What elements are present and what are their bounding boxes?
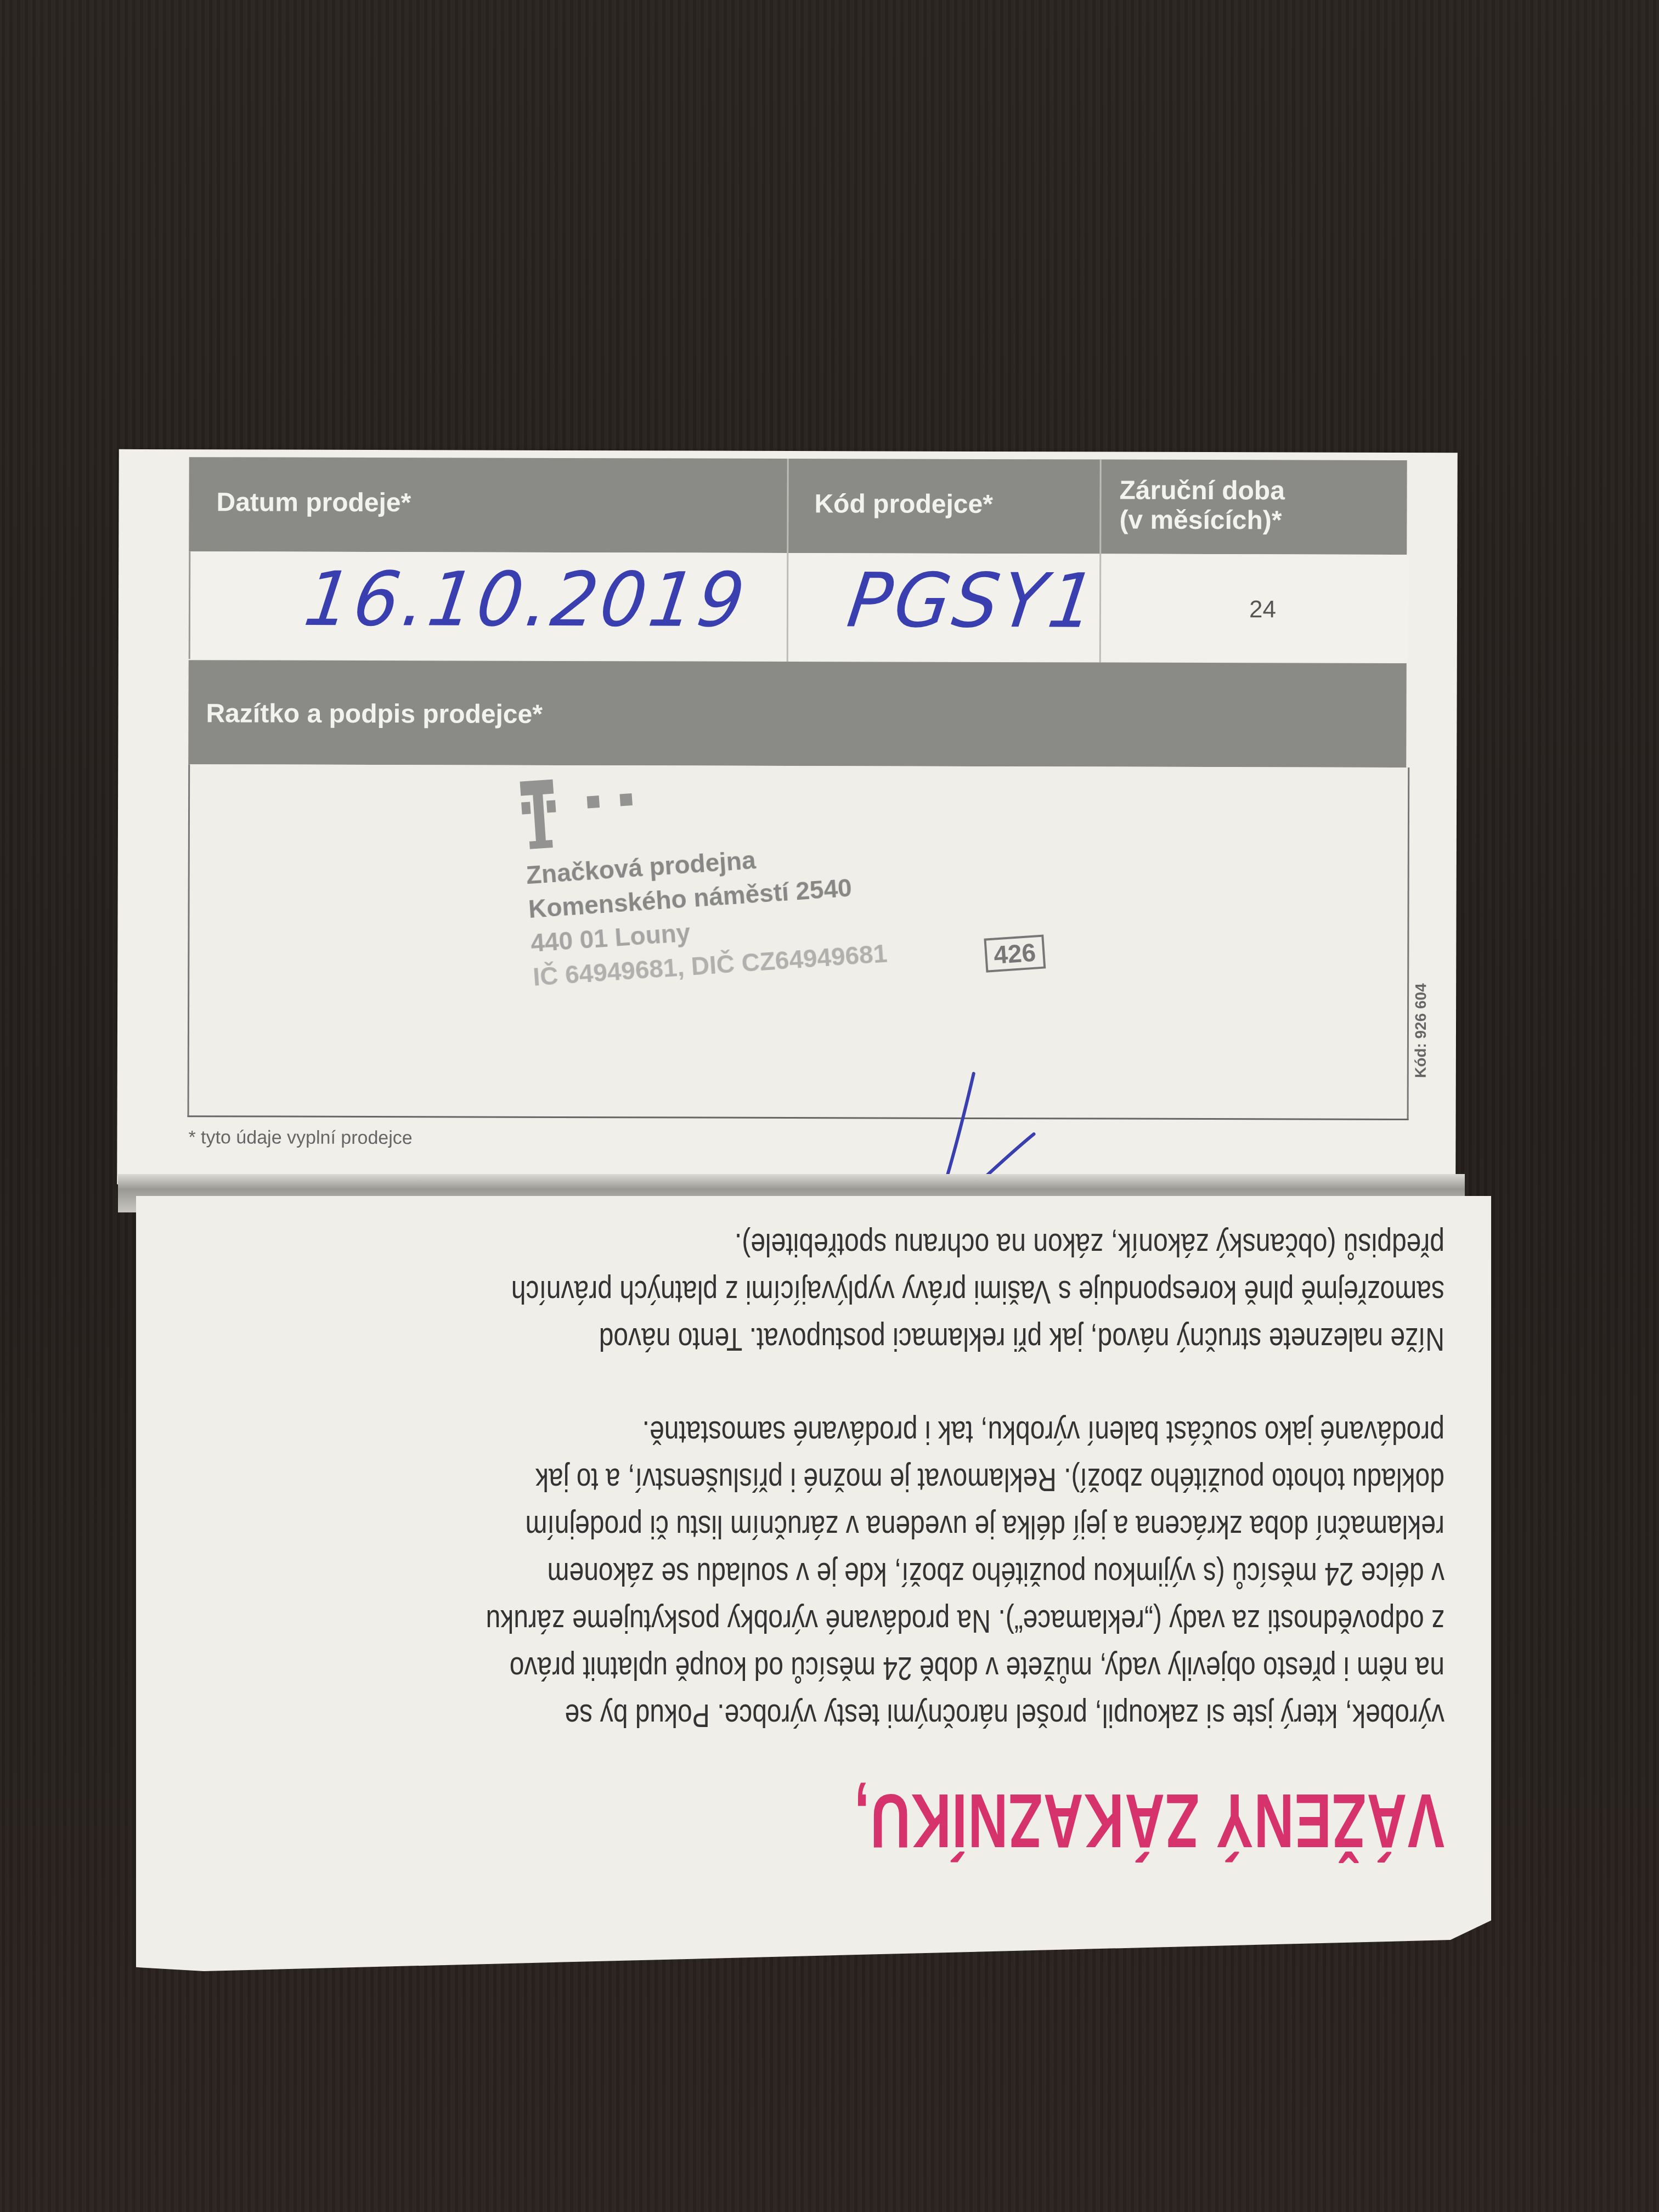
header-sale-date: Datum prodeje* xyxy=(189,457,787,553)
seller-code-value: PGSY1 xyxy=(843,557,1104,645)
warranty-form-card: Datum prodeje* Kód prodejce* Záruční dob… xyxy=(117,449,1457,1188)
letter-greeting: VÁŽENÝ ZÁKAZNÍKU, xyxy=(854,1776,1444,1865)
warranty-form-table: Datum prodeje* Kód prodejce* Záruční dob… xyxy=(189,457,1407,460)
upside-down-content: VÁŽENÝ ZÁKAZNÍKU, výrobek, který jste si… xyxy=(136,1196,1491,1975)
sale-date-value: 16.10.2019 xyxy=(300,555,753,644)
letter-body: výrobek, který jste si zakoupil, prošel … xyxy=(479,1175,1444,1739)
form-header-row: Datum prodeje* Kód prodejce* Záruční dob… xyxy=(189,457,1407,555)
telekom-t-logo-icon xyxy=(519,760,689,853)
header-seller-code: Kód prodejce* xyxy=(787,459,1099,554)
customer-letter-panel: VÁŽENÝ ZÁKAZNÍKU, výrobek, který jste si… xyxy=(136,1196,1491,1975)
footnote: * tyto údaje vyplní prodejce xyxy=(188,1127,412,1149)
stamp-code-box: 426 xyxy=(984,935,1046,973)
letter-paragraph-1: výrobek, který jste si zakoupil, prošel … xyxy=(479,1409,1444,1739)
header-warranty-period: Záruční doba(v měsících)* xyxy=(1099,459,1407,554)
warranty-period-value: 24 xyxy=(1249,596,1276,623)
stamp-signature-header: Razítko a podpis prodejce* xyxy=(188,660,1406,768)
form-code-number: Kód: 926 604 xyxy=(1412,983,1430,1078)
stamp-signature-area: Značková prodejna Komenského náměstí 254… xyxy=(188,764,1410,1120)
form-value-row: 16.10.2019 PGSY1 24 xyxy=(189,551,1409,662)
letter-paragraph-2: Níže naleznete stručný návod, jak při re… xyxy=(479,1221,1444,1363)
